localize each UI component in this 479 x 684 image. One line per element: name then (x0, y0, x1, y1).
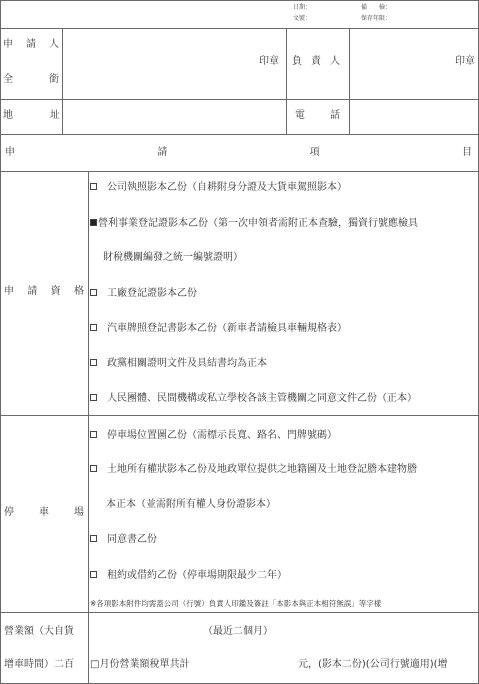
parking-item[interactable]: 同意書乙份 (90, 534, 157, 546)
checkbox[interactable] (90, 465, 97, 472)
checkbox[interactable] (90, 183, 97, 190)
qualification-item[interactable]: 營利事業登記證影本乙份（第一次申領者需附正本查驗，獨資行號應檢具 (90, 218, 418, 230)
parking-item[interactable]: 租約或借約乙份（停車場期限最少二年） (90, 570, 287, 582)
divider (0, 171, 479, 172)
qualification-item[interactable]: 工廠登記證影本乙份 (90, 288, 197, 300)
qualification-item[interactable]: 政黨相關證明文件及具結書均為正本 (90, 358, 267, 370)
divider (0, 415, 479, 416)
phone-label: 電話 (295, 110, 340, 122)
revenue-label-line2: 增車時間）二百 (4, 659, 74, 671)
items-header: 申請項目 (5, 147, 472, 159)
qualification-item-continuation: 財稅機關編發之統一編號證明） (103, 252, 243, 264)
qualification-item[interactable]: 人民團體、民間機構或私立學校各該主管機關之同意文件乙份（正本） (90, 393, 417, 405)
parking-item-continuation: 本正本（並需附所有權人身份證影本） (106, 499, 276, 511)
doc-number-label: 文號： (293, 15, 311, 23)
checkbox[interactable] (90, 535, 97, 542)
parking-item[interactable]: 停車場位置圖乙份（需標示長寬、路名、門牌號碼） (90, 430, 337, 442)
revenue-line-right: 元，(影本二份)(公司行號適用)(增 (298, 659, 448, 671)
applicant-name-field[interactable] (63, 29, 286, 99)
checkbox[interactable] (90, 431, 97, 438)
qualification-item[interactable]: 公司執照影本乙份（自耕附身分證及大貨車駕照影本） (90, 182, 347, 194)
footnote: ※各項影本附件均需蓋公司（行號）負責人印鑑及簽註「本影本與正本相符無誤」等字樣 (90, 599, 381, 609)
checkbox[interactable] (90, 571, 97, 578)
parking-item[interactable]: 土地所有權狀影本乙份及地政單位提供之地籍圖及土地登記謄本建物謄 (90, 464, 417, 476)
responsible-person-label: 負責人 (292, 56, 340, 68)
revenue-line-left: □月份營業額稅單共計 (90, 659, 189, 671)
revenue-period-note: （最近二個月） (203, 626, 273, 638)
divider (88, 171, 89, 684)
date-label: 日期： (293, 4, 311, 12)
qualification-item[interactable]: 汽車牌照登記書影本乙份（新車者請檢具車輛規格表） (90, 323, 347, 335)
retention-label: 保存年限： (361, 15, 391, 23)
divider (0, 134, 479, 135)
parking-label: 停車場 (4, 507, 84, 519)
checkbox[interactable] (90, 359, 97, 366)
phone-field[interactable] (350, 100, 478, 134)
address-field[interactable] (63, 100, 286, 134)
checkbox[interactable] (90, 289, 97, 296)
revenue-label-line1: 營業額（大自貨 (4, 626, 74, 638)
address-label: 地址 (3, 110, 60, 122)
qualifications-label: 申請資格 (4, 286, 84, 298)
checkbox[interactable] (90, 394, 97, 401)
responsible-seal-label: 印章 (455, 56, 475, 68)
seal-label: 印章 (259, 56, 279, 68)
checkbox[interactable] (90, 324, 97, 331)
divider (286, 28, 287, 134)
note-label: 備 檢： (361, 4, 391, 12)
divider (0, 612, 479, 613)
checkbox-checked[interactable] (90, 219, 97, 226)
